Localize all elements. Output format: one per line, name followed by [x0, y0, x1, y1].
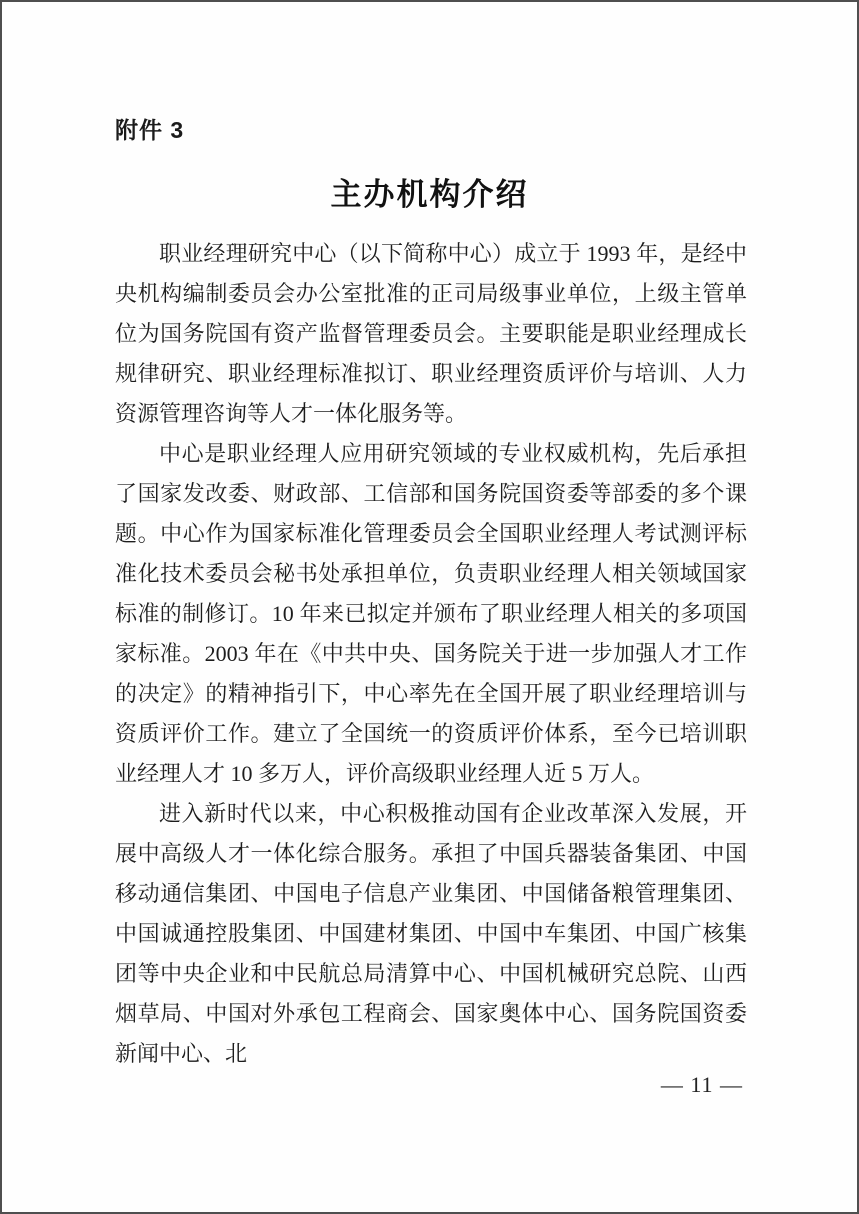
document-body: 职业经理研究中心（以下简称中心）成立于 1993 年，是经中央机构编制委员会办公…	[115, 234, 747, 1074]
paragraph-2: 中心是职业经理人应用研究领域的专业权威机构，先后承担了国家发改委、财政部、工信部…	[115, 434, 747, 794]
page-title: 主办机构介绍	[2, 169, 857, 214]
document-page: 附件 3 主办机构介绍 职业经理研究中心（以下简称中心）成立于 1993 年，是…	[0, 0, 859, 1214]
attachment-label: 附件 3	[115, 112, 184, 145]
paragraph-1: 职业经理研究中心（以下简称中心）成立于 1993 年，是经中央机构编制委员会办公…	[115, 234, 747, 434]
page-number: — 11 —	[661, 1072, 743, 1098]
paragraph-3: 进入新时代以来，中心积极推动国有企业改革深入发展，开展中高级人才一体化综合服务。…	[115, 794, 747, 1074]
